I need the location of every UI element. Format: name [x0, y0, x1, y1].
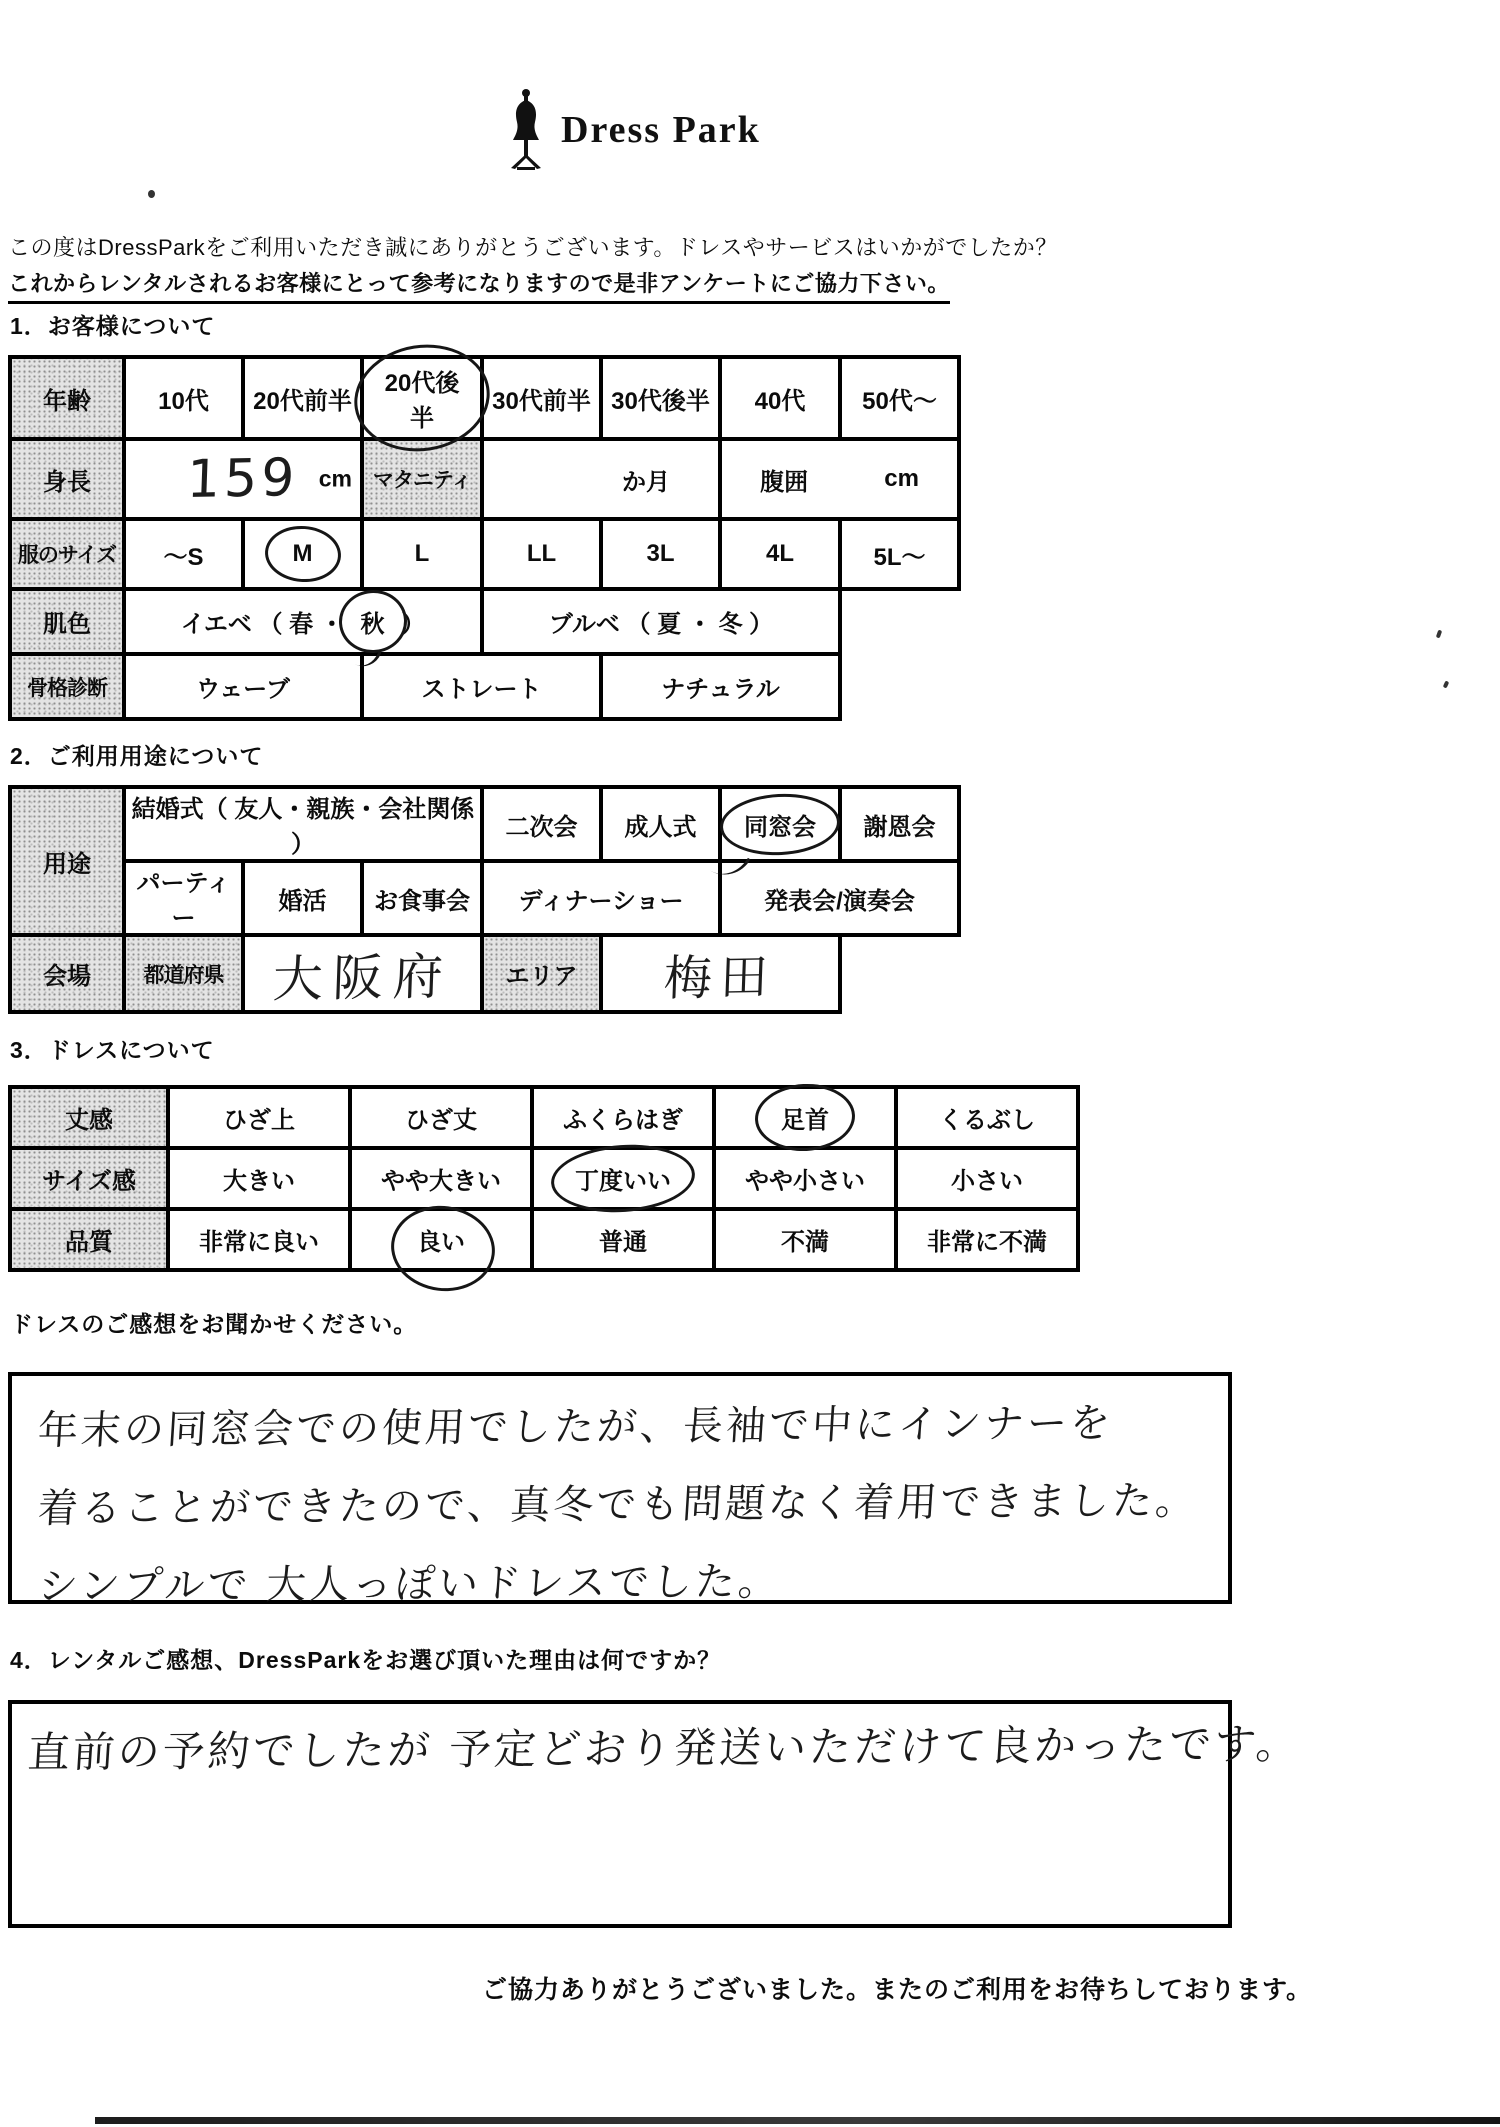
- fit-option: 小さい: [896, 1148, 1078, 1209]
- waist-unit: cm: [884, 465, 919, 493]
- frame-option: ストレート: [362, 654, 601, 719]
- usage-table: 用途 結婚式（ 友人・親族・会社関係 ） 二次会 成人式 同窓会 謝恩会 パーテ…: [8, 785, 961, 1014]
- height-row: 身長 159 cm マタニティ か月 腹囲 cm: [10, 439, 959, 519]
- venue-label: 会場: [10, 935, 124, 1012]
- section1-heading: 1．お客様について: [10, 308, 215, 341]
- handwritten-comment-line: シンプルで 大人っぽいドレスでした。: [36, 1540, 1231, 1626]
- purpose-option: 婚活: [243, 861, 362, 935]
- dress-form-mannequin-icon: [505, 88, 547, 172]
- purpose-option: 成人式: [601, 787, 720, 861]
- purpose-row-2: パーティー 婚活 お食事会 ディナーショー 発表会/演奏会: [10, 861, 959, 935]
- pen-circle: 丁度いい: [565, 1157, 681, 1200]
- logo: Dress Park: [505, 88, 761, 172]
- maternity-months-cell: か月: [482, 439, 720, 519]
- blue-base-option: ブルベ （ 夏 ・ 冬 ）: [482, 589, 840, 654]
- rental-comment-box: 直前の予約でしたが 予定どおり発送いただけて良かったです。: [8, 1700, 1232, 1928]
- length-option: ふくらはぎ: [532, 1087, 714, 1148]
- age-option: 30代前半: [482, 357, 601, 439]
- age-row: 年齢 10代 20代前半 20代後半 30代前半 30代後半 40代 50代～: [10, 357, 959, 439]
- quality-option-selected: 良い: [350, 1209, 532, 1270]
- dress-table: 丈感 ひざ上 ひざ丈 ふくらはぎ 足首 くるぶし サイズ感 大きい やや大きい …: [8, 1085, 1080, 1272]
- size-option: 5L～: [840, 519, 959, 589]
- frame-option: ウェーブ: [124, 654, 362, 719]
- purpose-option: お食事会: [362, 861, 482, 935]
- purpose-label: 用途: [10, 787, 124, 935]
- purpose-row-1: 用途 結婚式（ 友人・親族・会社関係 ） 二次会 成人式 同窓会 謝恩会: [10, 787, 959, 861]
- yellow-base-option: イエベ （ 春 ・ 秋 ）: [124, 589, 482, 654]
- purpose-option: 二次会: [482, 787, 601, 861]
- purpose-option: 結婚式（ 友人・親族・会社関係 ）: [124, 787, 482, 861]
- quality-option: 非常に不満: [896, 1209, 1078, 1270]
- customer-table: 年齢 10代 20代前半 20代後半 30代前半 30代後半 40代 50代～ …: [8, 355, 961, 721]
- fit-label: サイズ感: [10, 1148, 168, 1209]
- pen-circle: 足首: [771, 1096, 839, 1139]
- size-option: ～S: [124, 519, 243, 589]
- empty-area: [840, 935, 959, 1012]
- handwritten-comment-line: 直前の予約でしたが 予定どおり発送いただけて良かったです。: [26, 1712, 1230, 1780]
- prefecture-value-cell: 大阪府: [243, 935, 482, 1012]
- height-label: 身長: [10, 439, 124, 519]
- size-option-selected: M: [243, 519, 362, 589]
- scan-speck: [1443, 680, 1450, 688]
- scan-speck: [148, 190, 155, 198]
- scan-edge-artifact: [95, 2117, 1500, 2124]
- dress-comment-box: 年末の同窓会での使用でしたが、長袖で中にインナーを 着ることができたので、真冬で…: [8, 1372, 1232, 1604]
- frame-row: 骨格診断 ウェーブ ストレート ナチュラル: [10, 654, 959, 719]
- quality-label: 品質: [10, 1209, 168, 1270]
- length-label: 丈感: [10, 1087, 168, 1148]
- age-option: 40代: [720, 357, 840, 439]
- age-option: 30代後半: [601, 357, 720, 439]
- age-option: 50代～: [840, 357, 959, 439]
- purpose-option-selected: 同窓会: [720, 787, 840, 861]
- clothing-size-label: 服のサイズ: [10, 519, 124, 589]
- fit-option: やや小さい: [714, 1148, 896, 1209]
- empty-area: [840, 589, 959, 654]
- handwritten-area: 梅田: [663, 938, 777, 1009]
- venue-row: 会場 都道府県 大阪府 エリア 梅田: [10, 935, 959, 1012]
- section4-heading: 4．レンタルご感想、DressParkをお選び頂いた理由は何ですか？: [10, 1642, 721, 1675]
- length-option: ひざ丈: [350, 1087, 532, 1148]
- quality-option: 普通: [532, 1209, 714, 1270]
- purpose-option: 発表会/演奏会: [720, 861, 959, 935]
- pen-circle: 20代後半: [364, 359, 480, 437]
- length-option-selected: 足首: [714, 1087, 896, 1148]
- fit-option: 大きい: [168, 1148, 350, 1209]
- pen-circle: M: [283, 536, 323, 572]
- intro-text: この度はDressParkをご利用いただき誠にありがとうございます。ドレスやサー…: [8, 231, 1058, 262]
- length-option: ひざ上: [168, 1087, 350, 1148]
- section2-heading: 2．ご利用用途について: [10, 738, 263, 771]
- height-value-cell: 159 cm: [124, 439, 362, 519]
- survey-scan-page: Dress Park この度はDressParkをご利用いただき誠にありがとうご…: [0, 0, 1500, 2127]
- area-value-cell: 梅田: [601, 935, 840, 1012]
- size-option: L: [362, 519, 482, 589]
- quality-row: 品質 非常に良い 良い 普通 不満 非常に不満: [10, 1209, 1078, 1270]
- quality-option: 非常に良い: [168, 1209, 350, 1270]
- age-label: 年齢: [10, 357, 124, 439]
- brand-name: Dress Park: [561, 108, 761, 152]
- pen-circle: 同窓会: [734, 803, 826, 846]
- fit-option-selected: 丁度いい: [532, 1148, 714, 1209]
- length-option: くるぶし: [896, 1087, 1078, 1148]
- purpose-option: パーティー: [124, 861, 243, 935]
- pen-circle: 良い: [407, 1218, 475, 1261]
- pen-circle: 秋: [351, 600, 395, 643]
- length-row: 丈感 ひざ上 ひざ丈 ふくらはぎ 足首 くるぶし: [10, 1087, 1078, 1148]
- age-option: 10代: [124, 357, 243, 439]
- handwritten-height: 159: [186, 448, 299, 510]
- age-option: 20代前半: [243, 357, 362, 439]
- scan-speck: [1436, 630, 1442, 639]
- frame-label: 骨格診断: [10, 654, 124, 719]
- prefecture-label: 都道府県: [124, 935, 243, 1012]
- fit-row: サイズ感 大きい やや大きい 丁度いい やや小さい 小さい: [10, 1148, 1078, 1209]
- fit-option: やや大きい: [350, 1148, 532, 1209]
- height-unit: cm: [319, 466, 352, 493]
- skin-tone-row: 肌色 イエベ （ 春 ・ 秋 ） ブルベ （ 夏 ・ 冬 ）: [10, 589, 959, 654]
- frame-option: ナチュラル: [601, 654, 840, 719]
- quality-option: 不満: [714, 1209, 896, 1270]
- footer-thanks-text: ご協力ありがとうございました。またのご利用をお待ちしております。: [482, 1970, 1312, 2006]
- handwritten-comment-line: 年末の同窓会での使用でしたが、長袖で中にインナーを: [36, 1384, 1231, 1470]
- handwritten-prefecture: 大阪府: [271, 936, 453, 1011]
- purpose-option: ディナーショー: [482, 861, 720, 935]
- handwritten-comment-line: 着ることができたので、真冬でも問題なく着用できました。: [36, 1462, 1231, 1548]
- waist-label: 腹囲: [760, 462, 808, 497]
- size-option: 3L: [601, 519, 720, 589]
- intro-request-text: これからレンタルされるお客様にとって参考になりますので是非アンケートにご協力下さ…: [8, 267, 950, 304]
- section3-heading: 3．ドレスについて: [10, 1032, 215, 1065]
- size-option: 4L: [720, 519, 840, 589]
- purpose-option: 謝恩会: [840, 787, 959, 861]
- age-option-selected: 20代後半: [362, 357, 482, 439]
- clothing-size-row: 服のサイズ ～S M L LL 3L 4L 5L～: [10, 519, 959, 589]
- area-label: エリア: [482, 935, 601, 1012]
- waist-cell: 腹囲 cm: [720, 439, 959, 519]
- size-option: LL: [482, 519, 601, 589]
- skin-tone-label: 肌色: [10, 589, 124, 654]
- yellow-base-text: イエベ （ 春 ・: [181, 611, 344, 638]
- dress-comment-label: ドレスのご感想をお聞かせください。: [10, 1306, 417, 1339]
- empty-area: [840, 654, 959, 719]
